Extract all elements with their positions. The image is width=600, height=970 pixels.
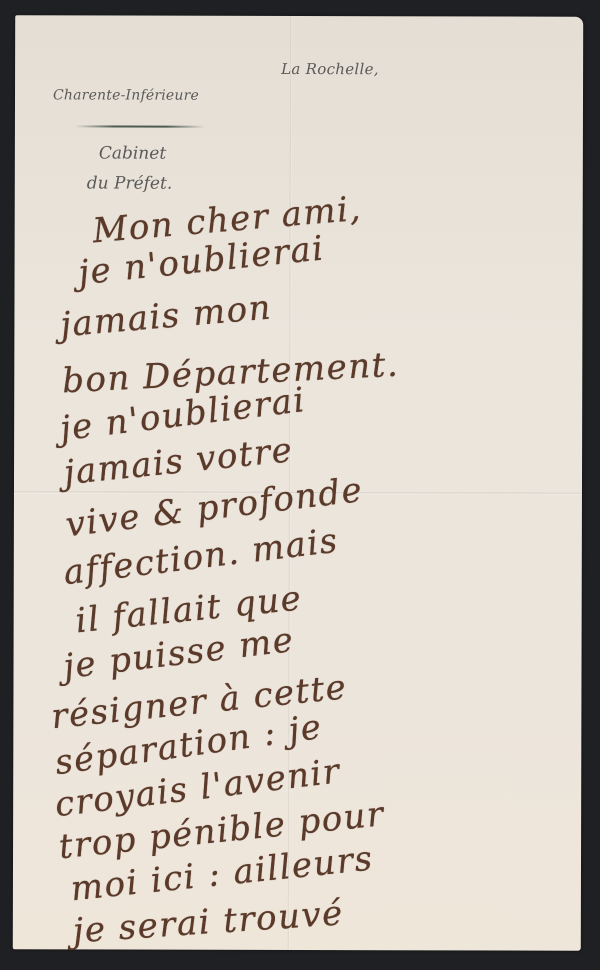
letterhead-department: Charente-Inférieure [53, 87, 199, 103]
letterhead-city: La Rochelle, [281, 60, 379, 78]
handwritten-line: jamais mon [59, 288, 274, 346]
letterhead-office-line2: du Préfet. [87, 173, 173, 193]
letterhead-office-line1: Cabinet [99, 143, 166, 163]
letter-paper: La Rochelle, Charente-Inférieure Cabinet… [13, 15, 583, 950]
letterhead-rule [75, 125, 205, 127]
